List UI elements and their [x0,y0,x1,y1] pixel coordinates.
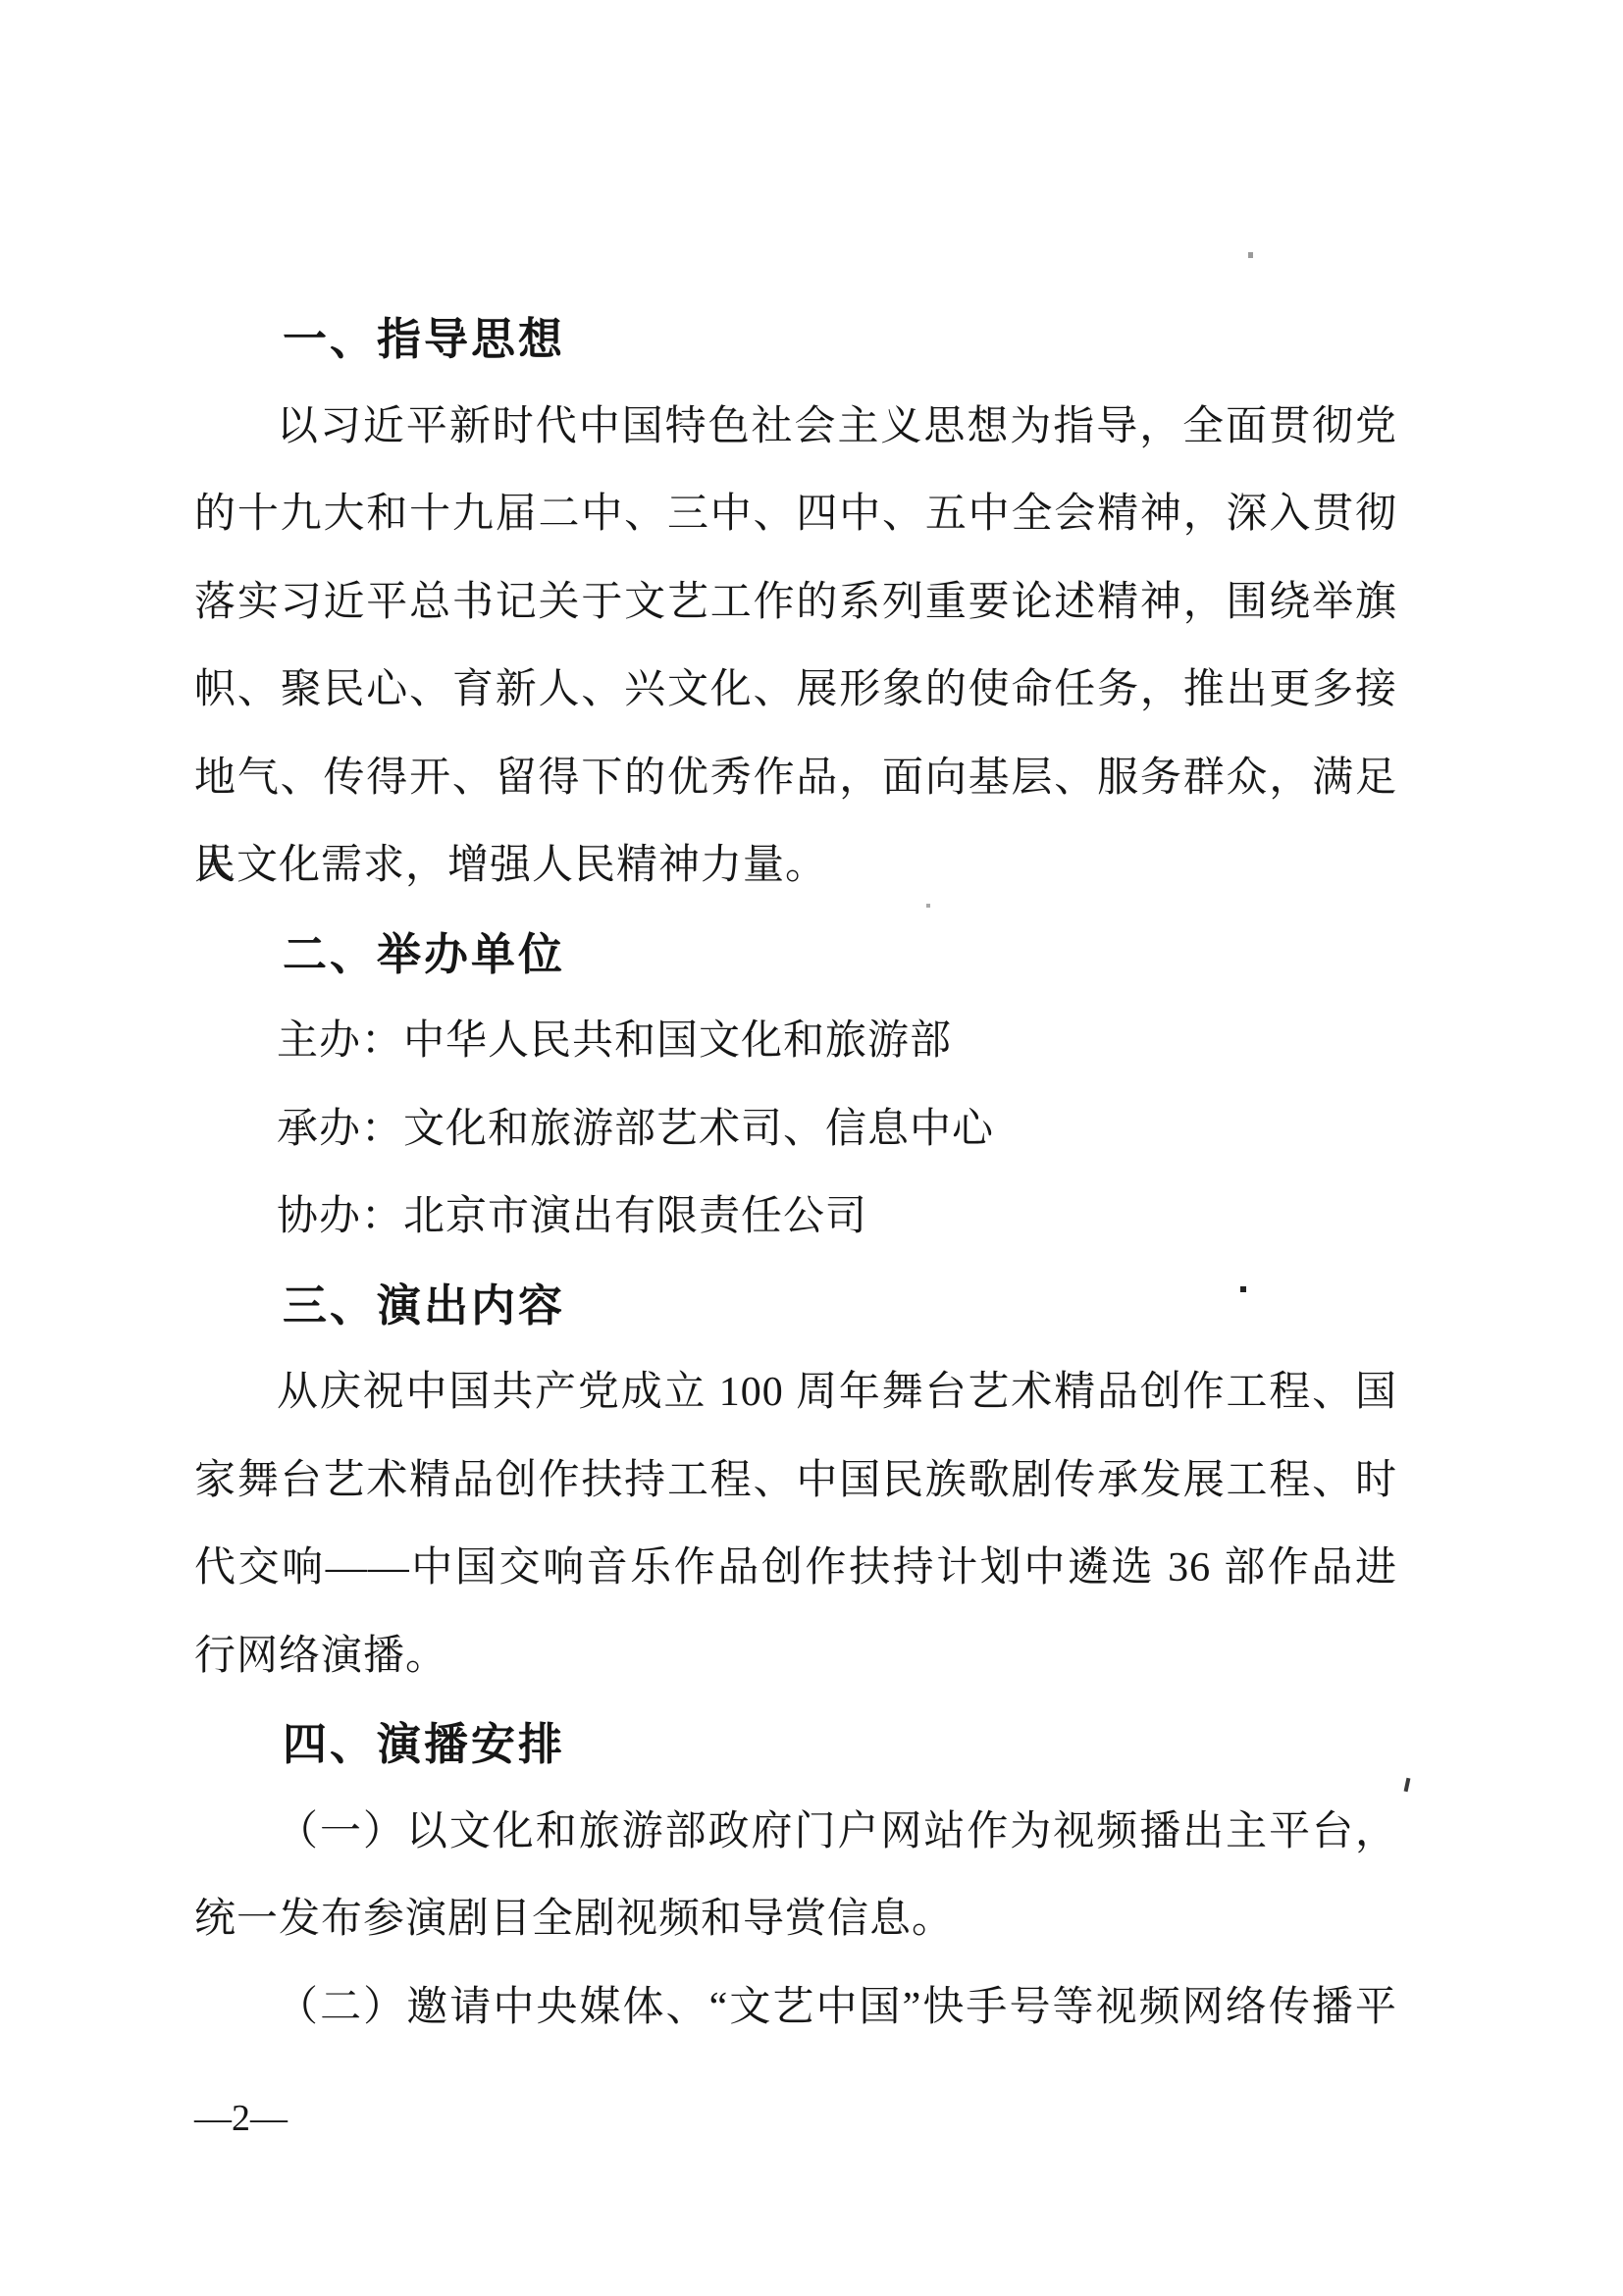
paragraph-line: 以习近平新时代中国特色社会主义思想为指导，全面贯彻党 [194,384,1397,472]
scan-speck [1404,1778,1411,1793]
paragraph-line: 统一发布参演剧目全剧视频和导赏信息。 [194,1876,1397,1964]
paragraph-line: 代交响——中国交响音乐作品创作扶持计划中遴选 36 部作品进 [194,1525,1397,1613]
paragraph-line: （一）以文化和旅游部政府门户网站作为视频播出主平台， [194,1789,1397,1877]
paragraph-line: 的十九大和十九届二中、三中、四中、五中全会精神，深入贯彻 [194,471,1397,559]
paragraph-line: 民文化需求，增强人民精神力量。 [194,822,1397,911]
paragraph-line: 帜、聚民心、育新人、兴文化、展形象的使命任务，推出更多接 [194,647,1397,735]
organizer-coorganizer-line: 协办：北京市演出有限责任公司 [194,1174,1397,1262]
scan-speck [926,904,930,908]
heading-guiding-ideology: 一、指导思想 [194,295,1397,384]
paragraph-line: 从庆祝中国共产党成立 100 周年舞台艺术精品创作工程、国 [194,1349,1397,1437]
paragraph-line: 地气、传得开、留得下的优秀作品，面向基层、服务群众，满足人 [194,735,1397,823]
page-number: —2— [194,2098,288,2139]
organizer-host-line: 主办：中华人民共和国文化和旅游部 [194,998,1397,1086]
document-text-block: 一、指导思想 以习近平新时代中国特色社会主义思想为指导，全面贯彻党 的十九大和十… [194,295,1397,2052]
paragraph-line: 行网络演播。 [194,1613,1397,1701]
paragraph-line: （二）邀请中央媒体、“文艺中国”快手号等视频网络传播平 [194,1964,1397,2053]
scan-speck [1248,252,1253,258]
document-page: 一、指导思想 以习近平新时代中国特色社会主义思想为指导，全面贯彻党 的十九大和十… [0,0,1623,2296]
heading-organizers: 二、举办单位 [194,911,1397,999]
heading-broadcast-arrangement: 四、演播安排 [194,1700,1397,1789]
paragraph-line: 落实习近平总书记关于文艺工作的系列重要论述精神，围绕举旗 [194,559,1397,648]
scan-speck [1240,1286,1246,1292]
organizer-undertaker-line: 承办：文化和旅游部艺术司、信息中心 [194,1086,1397,1174]
paragraph-line: 家舞台艺术精品创作扶持工程、中国民族歌剧传承发展工程、时 [194,1437,1397,1526]
heading-performance-content: 三、演出内容 [194,1262,1397,1350]
